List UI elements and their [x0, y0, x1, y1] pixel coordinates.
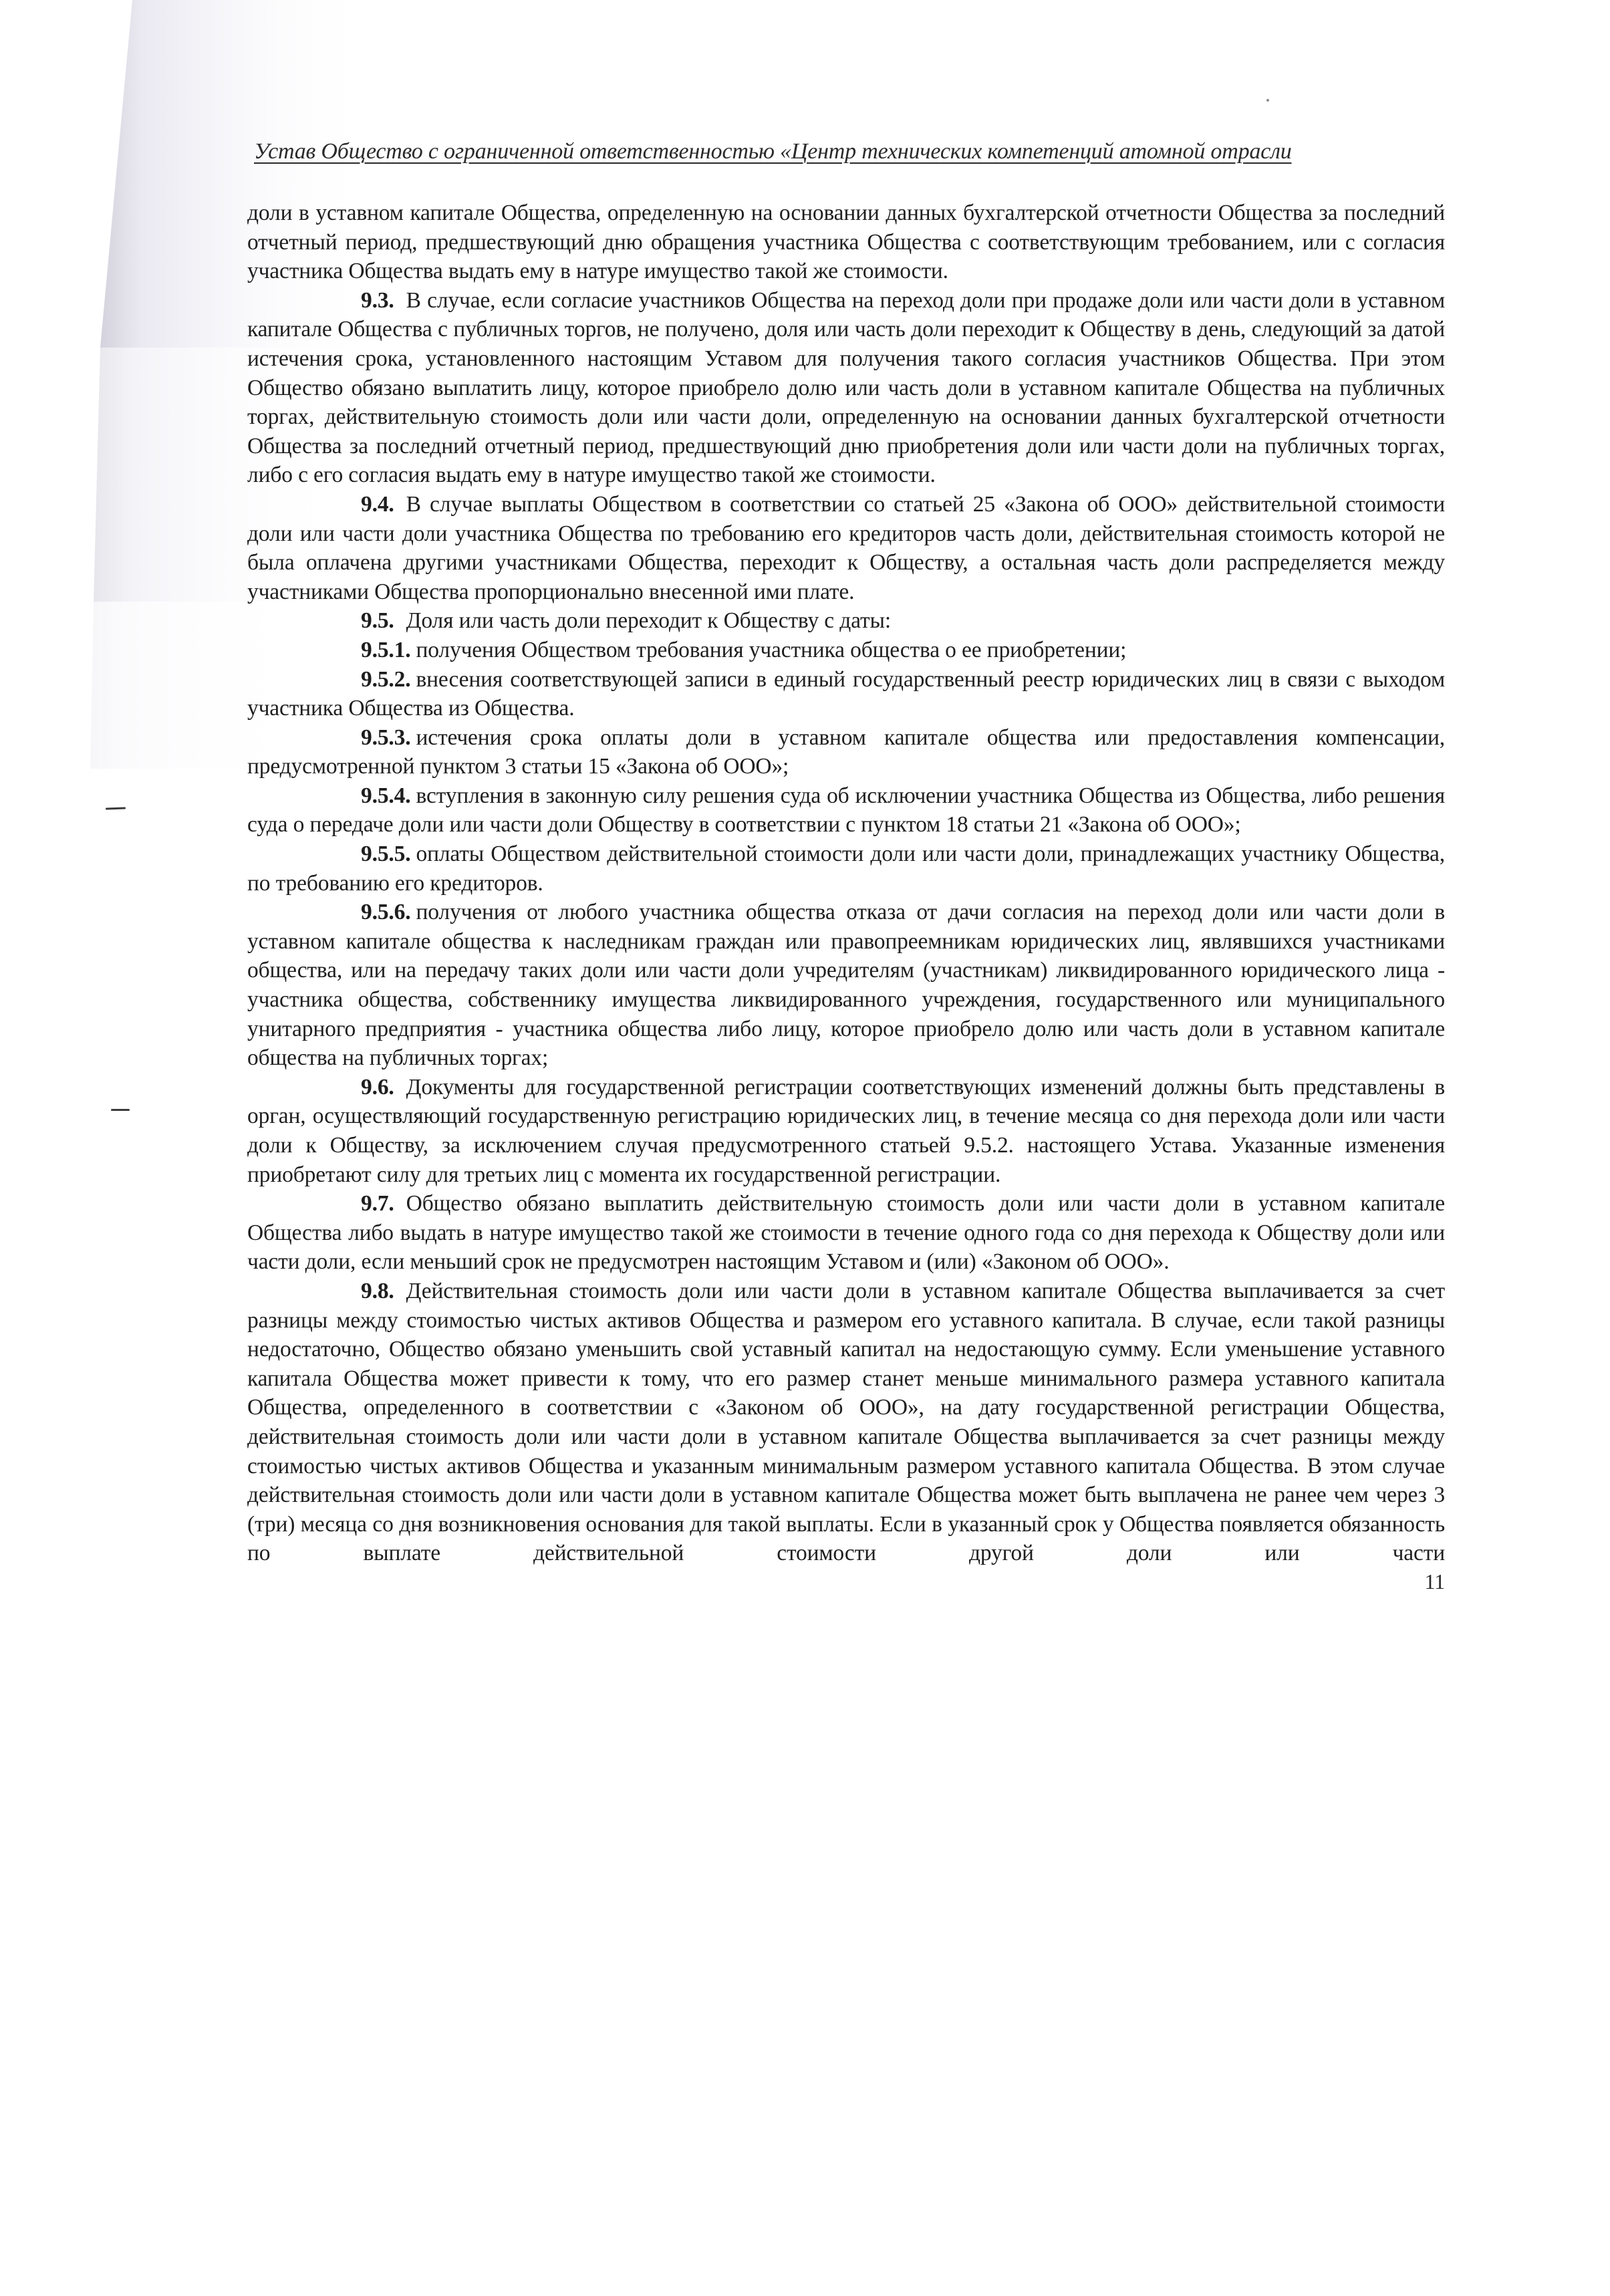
clause-text: Доля или часть доли переходит к Обществу… [406, 608, 891, 633]
clause-number: 9.5.3. [361, 725, 410, 750]
clause-number: 9.8. [361, 1279, 394, 1303]
clause-number: 9.5.6. [361, 900, 410, 924]
clause-text: Документы для государственной регистраци… [247, 1075, 1445, 1187]
clause-number: 9.3. [361, 288, 394, 313]
clause-text: получения Обществом требования участника… [416, 638, 1126, 662]
clause-text: внесения соответствующей записи в единый… [247, 667, 1445, 721]
running-header: Устав Общество с ограниченной ответствен… [254, 137, 1445, 166]
clause-9-4: 9.4.В случае выплаты Обществом в соответ… [247, 490, 1445, 606]
margin-mark [111, 1109, 130, 1111]
clause-9-5: 9.5.Доля или часть доли переходит к Обще… [247, 606, 1445, 636]
page-number: 11 [1424, 1568, 1445, 1595]
document-body: доли в уставном капитале Общества, опред… [247, 199, 1445, 1595]
margin-mark [106, 807, 126, 809]
clause-text: вступления в законную силу решения суда … [247, 783, 1445, 838]
paragraph-text: доли в уставном капитале Общества, опред… [247, 201, 1445, 283]
clause-text: В случае, если согласие участников Общес… [247, 288, 1445, 488]
clause-text: В случае выплаты Обществом в соответстви… [247, 492, 1445, 604]
clause-number: 9.5.4. [361, 783, 410, 808]
clause-9-3: 9.3.В случае, если согласие участников О… [247, 286, 1445, 490]
paragraph-continuation: доли в уставном капитале Общества, опред… [247, 199, 1445, 286]
clause-number: 9.6. [361, 1075, 394, 1100]
clause-number: 9.5. [361, 608, 394, 633]
clause-9-5-5: 9.5.5.оплаты Обществом действительной ст… [247, 840, 1445, 898]
clause-number: 9.5.1. [361, 638, 410, 662]
clause-number: 9.5.5. [361, 842, 410, 866]
document-page: Устав Общество с ограниченной ответствен… [247, 137, 1445, 1595]
clause-9-6: 9.6.Документы для государственной регист… [247, 1073, 1445, 1189]
clause-9-7: 9.7.Общество обязано выплатить действите… [247, 1189, 1445, 1277]
clause-number: 9.7. [361, 1191, 394, 1216]
clause-9-5-2: 9.5.2.внесения соответствующей записи в … [247, 665, 1445, 723]
scan-speck [1266, 99, 1269, 102]
clause-text: получения от любого участника общества о… [247, 900, 1445, 1070]
clause-text: оплаты Обществом действительной стоимост… [247, 842, 1445, 896]
clause-text: Общество обязано выплатить действительну… [247, 1191, 1445, 1274]
clause-text: Действительная стоимость доли или части … [247, 1279, 1445, 1565]
clause-number: 9.4. [361, 492, 394, 517]
clause-text: истечения срока оплаты доли в уставном к… [247, 725, 1445, 779]
clause-9-5-6: 9.5.6.получения от любого участника обще… [247, 898, 1445, 1073]
clause-number: 9.5.2. [361, 667, 410, 692]
clause-9-5-4: 9.5.4.вступления в законную силу решения… [247, 781, 1445, 840]
clause-9-5-1: 9.5.1.получения Обществом требования уча… [247, 636, 1445, 665]
clause-9-5-3: 9.5.3.истечения срока оплаты доли в уста… [247, 723, 1445, 781]
clause-9-8: 9.8.Действительная стоимость доли или ча… [247, 1277, 1445, 1568]
